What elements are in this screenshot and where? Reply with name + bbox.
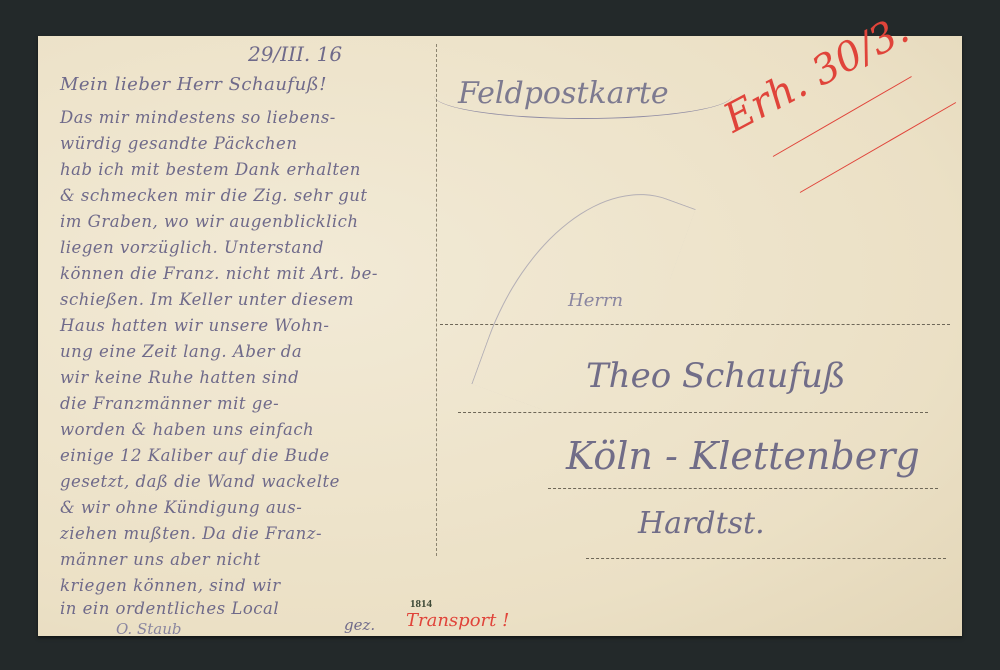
postcard: 29/III. 16 Mein lieber Herr Schaufuß! Da… — [38, 36, 962, 636]
received-note: Erh. 30/3. — [716, 7, 916, 142]
message-line: einige 12 Kaliber auf die Bude — [60, 446, 330, 465]
message-line: Haus hatten wir unsere Wohn- — [60, 316, 329, 335]
message-line: & schmecken mir die Zig. sehr gut — [60, 186, 368, 205]
message-line: würdig gesandte Päckchen — [60, 134, 297, 153]
address-line — [548, 488, 938, 489]
message-line: die Franzmänner mit ge- — [60, 394, 279, 413]
print-number: 1814 — [410, 598, 432, 610]
closing: gez. — [344, 616, 375, 634]
message-line: ung eine Zeit lang. Aber da — [60, 342, 302, 361]
message-line: im Graben, wo wir augenblicklich — [60, 212, 359, 231]
message-line: in ein ordentliches Local — [60, 599, 279, 618]
message-line: männer uns aber nicht — [60, 550, 261, 569]
message-line: gesetzt, daß die Wand wackelte — [60, 472, 340, 491]
message-line: worden & haben uns einfach — [60, 420, 314, 439]
message-line: können die Franz. nicht mit Art. be- — [60, 264, 378, 283]
message-line: & wir ohne Kündigung aus- — [60, 498, 302, 517]
salutation: Mein lieber Herr Schaufuß! — [60, 74, 327, 95]
message-line: ziehen mußten. Da die Franz- — [60, 524, 322, 543]
message-line: Das mir mindestens so liebens- — [60, 108, 336, 127]
header-flourish — [434, 72, 732, 119]
transport-note: Transport ! — [406, 610, 509, 631]
address-line — [440, 324, 950, 325]
address-city: Köln - Klettenberg — [566, 434, 920, 478]
center-divider — [436, 44, 437, 556]
message-line: schießen. Im Keller unter diesem — [60, 290, 354, 309]
message-line: hab ich mit bestem Dank erhalten — [60, 160, 361, 179]
address-line — [458, 412, 928, 413]
message-line: kriegen können, sind wir — [60, 576, 281, 595]
addressee-name: Theo Schaufuß — [586, 356, 846, 396]
address-line — [586, 558, 946, 559]
message-line: liegen vorzüglich. Unterstand — [60, 238, 324, 257]
date: 29/III. 16 — [248, 42, 342, 66]
address-street: Hardtst. — [638, 506, 765, 541]
message-line: wir keine Ruhe hatten sind — [60, 368, 299, 387]
received-underline — [800, 102, 956, 193]
signature: O. Staub — [116, 620, 181, 638]
